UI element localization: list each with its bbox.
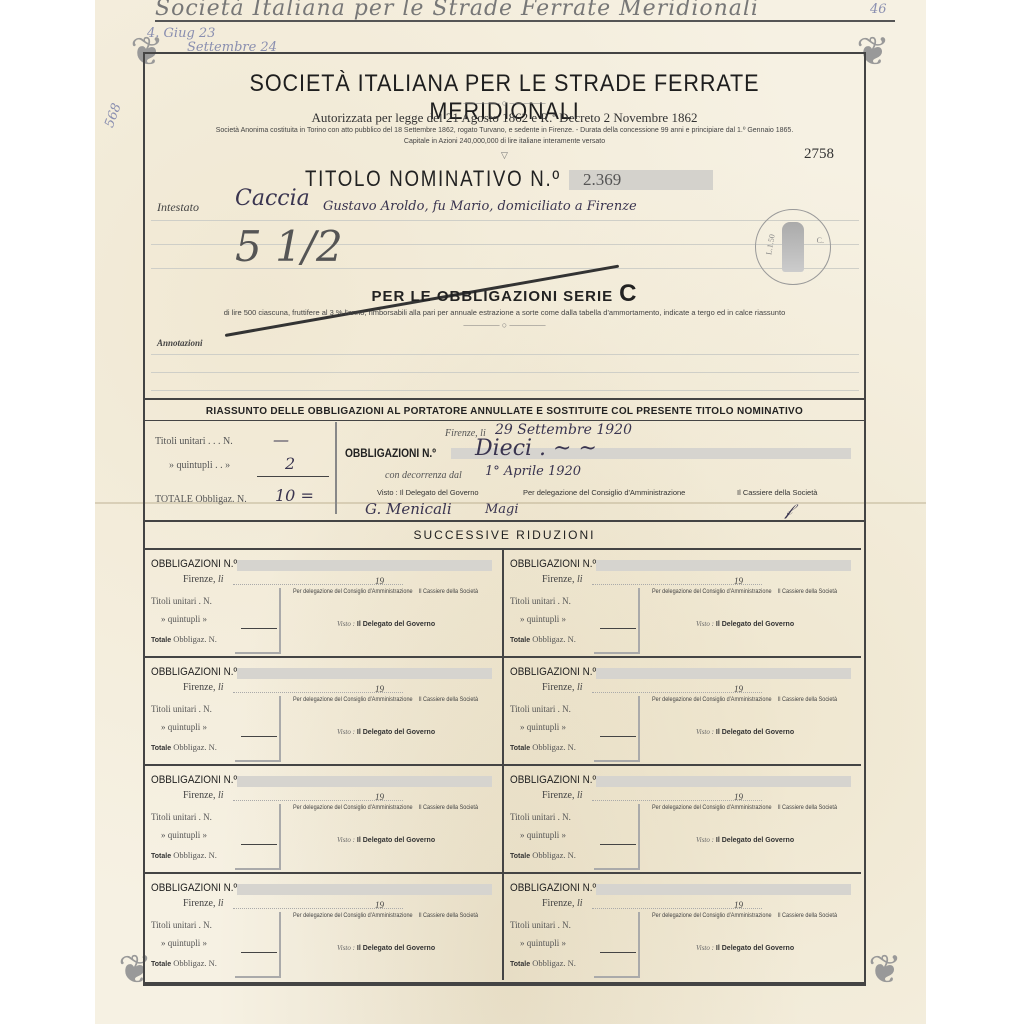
place-label: Firenze, bbox=[183, 682, 216, 693]
pencil-note: 4. Giug 23 bbox=[147, 26, 215, 41]
intestato-label: Intestato bbox=[157, 200, 199, 215]
reduction-entry-r2-c1: OBBLIGAZIONI N.º Firenze, li 19 Titoli u… bbox=[145, 656, 502, 763]
obbligazioni-number-field[interactable] bbox=[596, 560, 851, 571]
delegazione-label: Per delegazione del Consiglio d'Amminist… bbox=[523, 488, 685, 497]
visto-prefix: Visto : bbox=[337, 620, 355, 628]
place-date-label: Firenze, li bbox=[183, 682, 224, 693]
year-prefix: 19 bbox=[734, 900, 743, 910]
obbligazioni-label: OBBLIGAZIONI N.º bbox=[151, 558, 237, 570]
totale-text: Obbligaz. N. bbox=[173, 742, 217, 752]
cassiere-label: Il Cassiere della Società bbox=[419, 912, 478, 919]
sum-line bbox=[600, 844, 636, 845]
visto-line: Visto : Il Delegato del Governo bbox=[337, 836, 435, 844]
quintupli-label: » quintupli » bbox=[520, 830, 566, 840]
quintupli-label: » quintupli » bbox=[161, 614, 207, 624]
series-description: di lire 500 ciascuna, fruttifere al 3 % … bbox=[145, 308, 864, 317]
visto-prefix: Visto : bbox=[696, 944, 714, 952]
holder-surname: Caccia bbox=[235, 186, 310, 211]
obbligazioni-label: OBBLIGAZIONI N.º bbox=[510, 666, 596, 678]
li-label: li bbox=[218, 790, 224, 801]
obbligazioni-label: OBBLIGAZIONI N.º bbox=[510, 558, 596, 570]
li-label: li bbox=[577, 898, 583, 909]
sum-line bbox=[600, 736, 636, 737]
delegazione-label: Per delegazione del Consiglio d'Amminist… bbox=[652, 696, 772, 703]
obbligazioni-number-field[interactable] bbox=[596, 884, 851, 895]
year-prefix: 19 bbox=[734, 684, 743, 694]
li-label: li bbox=[577, 574, 583, 585]
totale-label: Totale Obbligaz. N. bbox=[151, 850, 217, 860]
obbligazioni-number-field[interactable] bbox=[237, 776, 492, 787]
totale-label: Totale Obbligaz. N. bbox=[510, 742, 576, 752]
decorrenza-label: con decorrenza dal bbox=[385, 470, 462, 481]
totale-label: Totale Obbligaz. N. bbox=[151, 634, 217, 644]
obbligazioni-number-field[interactable] bbox=[596, 668, 851, 679]
visto-label: Il Delegato del Governo bbox=[716, 837, 794, 844]
pencil-note: 568 bbox=[102, 101, 125, 129]
totale-text: Obbligaz. N. bbox=[532, 742, 576, 752]
visto-prefix: Visto : bbox=[696, 728, 714, 736]
ruled-line bbox=[151, 220, 859, 221]
titoli-unitari-label: Titoli unitari . N. bbox=[510, 704, 571, 714]
visto-label: Il Delegato del Governo bbox=[357, 945, 435, 952]
delegazione-label: Per delegazione del Consiglio d'Amminist… bbox=[293, 696, 413, 703]
totale-label: TOTALE Obbligaz. N. bbox=[155, 494, 247, 505]
titoli-unitari-label: Titoli unitari . N. bbox=[151, 812, 212, 822]
signature-consiglio: Magi bbox=[485, 502, 519, 517]
cassiere-label: Il Cassiere della Società bbox=[419, 588, 478, 595]
pencil-note: 46 bbox=[870, 2, 887, 17]
totale-bold: Totale bbox=[151, 961, 171, 968]
ruled-line bbox=[151, 372, 859, 373]
signature-labels: Per delegazione del Consiglio d'Amminist… bbox=[293, 588, 478, 595]
obbligazioni-number-field[interactable] bbox=[237, 668, 492, 679]
totale-label: Totale Obbligaz. N. bbox=[510, 634, 576, 644]
totale-bold: Totale bbox=[510, 745, 530, 752]
totale-bold: Totale bbox=[151, 745, 171, 752]
visto-line: Visto : Il Delegato del Governo bbox=[696, 620, 794, 628]
authorization-line: Autorizzata per legge del 21 Agosto 1862… bbox=[145, 110, 864, 126]
reduction-entry-r2-c2: OBBLIGAZIONI N.º Firenze, li 19 Titoli u… bbox=[504, 656, 861, 763]
li-label: li bbox=[577, 682, 583, 693]
stamp-figure-icon bbox=[782, 222, 804, 272]
totale-bold: Totale bbox=[151, 637, 171, 644]
place-date-label: Firenze, li bbox=[542, 898, 583, 909]
decorative-script-banner: Società Italiana per le Strade Ferrate M… bbox=[155, 0, 895, 22]
count-box bbox=[594, 696, 640, 762]
titoli-unitari-label: Titoli unitari . N. bbox=[151, 704, 212, 714]
cassiere-label: Il Cassiere della Società bbox=[419, 696, 478, 703]
sum-line bbox=[600, 628, 636, 629]
visto-line: Visto : Il Delegato del Governo bbox=[696, 944, 794, 952]
year-prefix: 19 bbox=[375, 576, 384, 586]
place-label: Firenze, bbox=[183, 898, 216, 909]
totale-bold: Totale bbox=[510, 961, 530, 968]
totale-text: Obbligaz. N. bbox=[532, 634, 576, 644]
reductions-grid: OBBLIGAZIONI N.º Firenze, li 19 Titoli u… bbox=[145, 548, 864, 984]
revenue-stamp: L.1.50 C. bbox=[755, 209, 831, 285]
obbligazioni-number-field[interactable] bbox=[596, 776, 851, 787]
section-divider bbox=[145, 982, 864, 984]
obbligazioni-label: OBBLIGAZIONI N.º bbox=[151, 666, 237, 678]
titoli-unitari-value: — bbox=[273, 430, 289, 449]
cassiere-label: Il Cassiere della Società bbox=[737, 488, 817, 497]
visto-label: Visto : Il Delegato del Governo bbox=[377, 488, 479, 497]
visto-prefix: Visto : bbox=[337, 944, 355, 952]
reduction-entry-r1-c2: OBBLIGAZIONI N.º Firenze, li 19 Titoli u… bbox=[504, 548, 861, 655]
totale-value: 10 = bbox=[275, 486, 314, 505]
serial-number: 2758 bbox=[804, 146, 834, 163]
totale-label: Totale Obbligaz. N. bbox=[151, 742, 217, 752]
quintupli-label: » quintupli » bbox=[520, 614, 566, 624]
obbligazioni-label: OBBLIGAZIONI N.º bbox=[151, 774, 237, 786]
sum-line bbox=[241, 736, 277, 737]
totale-text: Obbligaz. N. bbox=[532, 958, 576, 968]
reduction-entry-r1-c1: OBBLIGAZIONI N.º Firenze, li 19 Titoli u… bbox=[145, 548, 502, 655]
visto-label: Il Delegato del Governo bbox=[716, 945, 794, 952]
obbligazioni-number-field[interactable] bbox=[237, 884, 492, 895]
visto-prefix: Visto : bbox=[696, 620, 714, 628]
summary-title: RIASSUNTO DELLE OBBLIGAZIONI AL PORTATOR… bbox=[145, 406, 864, 417]
count-box bbox=[594, 912, 640, 978]
visto-prefix: Visto : bbox=[337, 836, 355, 844]
summary-count-box: Titoli unitari . . . N. — » quintupli . … bbox=[145, 422, 337, 514]
sum-line bbox=[241, 628, 277, 629]
stamp-label: L.1.50 bbox=[764, 233, 776, 255]
delegazione-label: Per delegazione del Consiglio d'Amminist… bbox=[652, 912, 772, 919]
sum-line bbox=[600, 952, 636, 953]
handwritten-amount: 5 1/2 bbox=[235, 222, 343, 271]
place-label: Firenze, bbox=[183, 574, 216, 585]
count-box bbox=[235, 588, 281, 654]
visto-line: Visto : Il Delegato del Governo bbox=[337, 944, 435, 952]
quintupli-label: » quintupli » bbox=[161, 830, 207, 840]
delegazione-label: Per delegazione del Consiglio d'Amminist… bbox=[293, 804, 413, 811]
place-label: Firenze, bbox=[542, 790, 575, 801]
totale-bold: Totale bbox=[151, 853, 171, 860]
signature-labels: Per delegazione del Consiglio d'Amminist… bbox=[652, 588, 837, 595]
year-prefix: 19 bbox=[734, 576, 743, 586]
totale-text: Obbligaz. N. bbox=[173, 634, 217, 644]
li-label: li bbox=[218, 682, 224, 693]
delegazione-label: Per delegazione del Consiglio d'Amminist… bbox=[652, 588, 772, 595]
certificate-frame: SOCIETÀ ITALIANA PER LE STRADE FERRATE M… bbox=[143, 52, 866, 986]
place-label: Firenze, bbox=[542, 574, 575, 585]
signature-labels: Per delegazione del Consiglio d'Amminist… bbox=[652, 804, 837, 811]
count-box bbox=[594, 588, 640, 654]
place-date-label: Firenze, li bbox=[542, 574, 583, 585]
sum-line bbox=[241, 952, 277, 953]
holder-details: Gustavo Aroldo, fu Mario, domiciliato a … bbox=[323, 199, 637, 214]
section-divider bbox=[145, 520, 864, 522]
reduction-entry-r4-c2: OBBLIGAZIONI N.º Firenze, li 19 Titoli u… bbox=[504, 872, 861, 979]
obbligazioni-number-field[interactable] bbox=[237, 560, 492, 571]
place-date-label: Firenze, li bbox=[183, 898, 224, 909]
place-date-label: Firenze, li bbox=[542, 790, 583, 801]
divider-ornament-icon: ———— ○ ———— bbox=[145, 320, 864, 330]
series-heading: PER LE OBBLIGAZIONI SERIEC bbox=[145, 280, 864, 308]
reduction-entry-r3-c2: OBBLIGAZIONI N.º Firenze, li 19 Titoli u… bbox=[504, 764, 861, 871]
sum-line bbox=[257, 476, 329, 477]
quintupli-label: » quintupli » bbox=[161, 938, 207, 948]
place-date-label: Firenze, li bbox=[183, 790, 224, 801]
obbligazioni-label: OBBLIGAZIONI N.º bbox=[510, 774, 596, 786]
titolo-nominativo-label: TITOLO NOMINATIVO N.º bbox=[305, 166, 561, 192]
totale-text: Obbligaz. N. bbox=[532, 850, 576, 860]
constitution-line: Società Anonima costituita in Torino con… bbox=[145, 127, 864, 134]
count-box bbox=[235, 696, 281, 762]
count-box bbox=[594, 804, 640, 870]
obbligazioni-label: OBBLIGAZIONI N.º bbox=[510, 882, 596, 894]
year-prefix: 19 bbox=[375, 684, 384, 694]
decorrenza-value: 1° Aprile 1920 bbox=[485, 464, 581, 479]
li-label: li bbox=[218, 898, 224, 909]
visto-line: Visto : Il Delegato del Governo bbox=[337, 620, 435, 628]
annotazioni-label: Annotazioni bbox=[157, 338, 203, 348]
cassiere-label: Il Cassiere della Società bbox=[778, 912, 837, 919]
section-divider bbox=[145, 420, 864, 421]
totale-label: Totale Obbligaz. N. bbox=[151, 958, 217, 968]
li-label: li bbox=[218, 574, 224, 585]
cassiere-label: Il Cassiere della Società bbox=[778, 588, 837, 595]
count-box bbox=[235, 804, 281, 870]
visto-label: Il Delegato del Governo bbox=[357, 837, 435, 844]
year-prefix: 19 bbox=[375, 900, 384, 910]
li-label: li bbox=[577, 790, 583, 801]
year-prefix: 19 bbox=[375, 792, 384, 802]
visto-prefix: Visto : bbox=[696, 836, 714, 844]
capital-line: Capitale in Azioni 240,000,000 di lire i… bbox=[145, 138, 864, 145]
delegazione-label: Per delegazione del Consiglio d'Amminist… bbox=[293, 588, 413, 595]
reduction-entry-r4-c1: OBBLIGAZIONI N.º Firenze, li 19 Titoli u… bbox=[145, 872, 502, 979]
quintupli-label: » quintupli » bbox=[161, 722, 207, 732]
reduction-entry-r3-c1: OBBLIGAZIONI N.º Firenze, li 19 Titoli u… bbox=[145, 764, 502, 871]
count-box bbox=[235, 912, 281, 978]
quintupli-label: » quintupli » bbox=[520, 938, 566, 948]
totale-label: Totale Obbligaz. N. bbox=[510, 958, 576, 968]
cassiere-label: Il Cassiere della Società bbox=[778, 804, 837, 811]
totale-text: Obbligaz. N. bbox=[173, 958, 217, 968]
totale-label: Totale Obbligaz. N. bbox=[510, 850, 576, 860]
signature-labels: Per delegazione del Consiglio d'Amminist… bbox=[293, 804, 478, 811]
signature-labels: Per delegazione del Consiglio d'Amminist… bbox=[293, 912, 478, 919]
place-label: Firenze, bbox=[542, 898, 575, 909]
obbligazioni-label: OBBLIGAZIONI N.º bbox=[151, 882, 237, 894]
visto-line: Visto : Il Delegato del Governo bbox=[696, 728, 794, 736]
totale-text: Obbligaz. N. bbox=[173, 850, 217, 860]
place-date-label: Firenze, li bbox=[183, 574, 224, 585]
titoli-unitari-label: Titoli unitari . N. bbox=[151, 920, 212, 930]
totale-bold: Totale bbox=[510, 853, 530, 860]
visto-prefix: Visto : bbox=[337, 728, 355, 736]
visto-label: Il Delegato del Governo bbox=[716, 729, 794, 736]
stamp-value: C. bbox=[817, 236, 824, 245]
delegazione-label: Per delegazione del Consiglio d'Amminist… bbox=[293, 912, 413, 919]
place-date-label: Firenze, li bbox=[542, 682, 583, 693]
visto-label: Il Delegato del Governo bbox=[716, 621, 794, 628]
section-divider bbox=[145, 398, 864, 400]
titoli-unitari-label: Titoli unitari . N. bbox=[510, 596, 571, 606]
titoli-unitari-label: Titoli unitari . N. bbox=[510, 920, 571, 930]
visto-line: Visto : Il Delegato del Governo bbox=[696, 836, 794, 844]
cassiere-label: Il Cassiere della Società bbox=[778, 696, 837, 703]
signature-delegato: G. Menicali bbox=[365, 500, 452, 518]
titolo-number: 2.369 bbox=[569, 170, 713, 190]
delegazione-label: Per delegazione del Consiglio d'Amminist… bbox=[652, 804, 772, 811]
quintupli-label: » quintupli » bbox=[520, 722, 566, 732]
quintupli-label: » quintupli . . » bbox=[169, 460, 230, 471]
obbligazioni-label: OBBLIGAZIONI N.º bbox=[345, 446, 436, 460]
place-label: Firenze, bbox=[542, 682, 575, 693]
cassiere-label: Il Cassiere della Società bbox=[419, 804, 478, 811]
series-label: PER LE OBBLIGAZIONI SERIE bbox=[371, 288, 613, 305]
reductions-title: SUCCESSIVE RIDUZIONI bbox=[145, 528, 864, 542]
ruled-line bbox=[151, 390, 859, 391]
quintupli-value: 2 bbox=[285, 454, 295, 473]
visto-label: Il Delegato del Governo bbox=[357, 729, 435, 736]
ruled-line bbox=[151, 354, 859, 355]
signature-labels: Per delegazione del Consiglio d'Amminist… bbox=[652, 912, 837, 919]
divider-ornament-icon: ———— ○ ———— bbox=[145, 98, 864, 108]
titoli-unitari-label: Titoli unitari . N. bbox=[510, 812, 571, 822]
place-label: Firenze, bbox=[183, 790, 216, 801]
obbligazioni-value: Dieci . ~ ~ bbox=[475, 436, 597, 461]
signature-labels: Per delegazione del Consiglio d'Amminist… bbox=[652, 696, 837, 703]
signature-labels: Per delegazione del Consiglio d'Amminist… bbox=[293, 696, 478, 703]
signature-cassiere: 𝒻 bbox=[785, 500, 792, 520]
titoli-unitari-label: Titoli unitari . N. bbox=[151, 596, 212, 606]
visto-line: Visto : Il Delegato del Governo bbox=[337, 728, 435, 736]
totale-bold: Totale bbox=[510, 637, 530, 644]
divider-ornament-icon: ▽ bbox=[145, 150, 864, 161]
sum-line bbox=[241, 844, 277, 845]
bond-certificate: Società Italiana per le Strade Ferrate M… bbox=[95, 0, 926, 1024]
titoli-unitari-label: Titoli unitari . . . N. bbox=[155, 436, 233, 447]
visto-label: Il Delegato del Governo bbox=[357, 621, 435, 628]
year-prefix: 19 bbox=[734, 792, 743, 802]
series-letter: C bbox=[619, 280, 637, 307]
